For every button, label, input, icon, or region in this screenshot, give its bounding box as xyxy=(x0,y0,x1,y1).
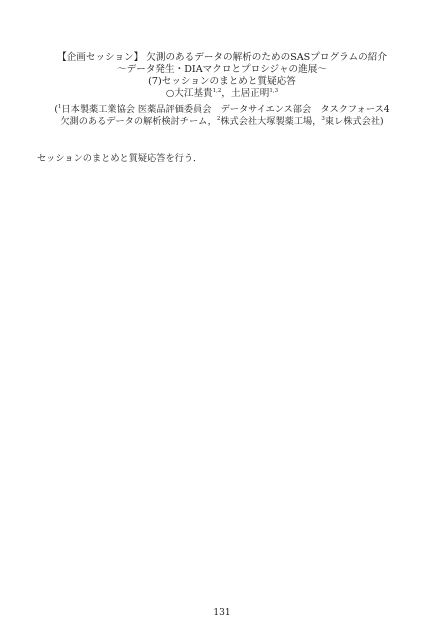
abstract-paragraph: セッションのまとめと質疑応答を行う． xyxy=(37,153,202,165)
page-number: 131 xyxy=(0,607,444,619)
affiliation-line-2: 欠測のあるデータの解析検討チーム，2株式会社大塚製薬工場，3東レ株式会社) xyxy=(0,116,444,128)
affiliation-text: 日本製薬工業協会 医薬品評価委員会 データサイエンス部会 タスクフォース4 xyxy=(61,104,389,115)
affiliation-text: 東レ株式会社) xyxy=(325,116,384,127)
author-affiliation-sup: 1,3 xyxy=(269,88,278,94)
author-list: ○大江基貴1,2，土居正明1,3 xyxy=(0,88,444,100)
talk-title: (7)セッションのまとめと質疑応答 xyxy=(0,76,444,88)
affiliation-text: 株式会社大塚製薬工場， xyxy=(220,116,321,127)
author-name: 土居正明 xyxy=(231,88,269,99)
author-name: 大江基貴 xyxy=(174,88,212,99)
session-subtitle: ～データ発生・DIAマクロとプロシジャの進展～ xyxy=(0,64,444,76)
author-separator: ， xyxy=(221,88,231,99)
affiliation-text: 欠測のあるデータの解析検討チーム， xyxy=(60,116,216,127)
session-title: 【企画セッション】 欠測のあるデータの解析のためのSASプログラムの紹介 xyxy=(0,52,444,64)
presenter-marker: ○ xyxy=(166,88,174,99)
affiliation-line-1: (1日本製薬工業協会 医薬品評価委員会 データサイエンス部会 タスクフォース4 xyxy=(0,104,444,116)
